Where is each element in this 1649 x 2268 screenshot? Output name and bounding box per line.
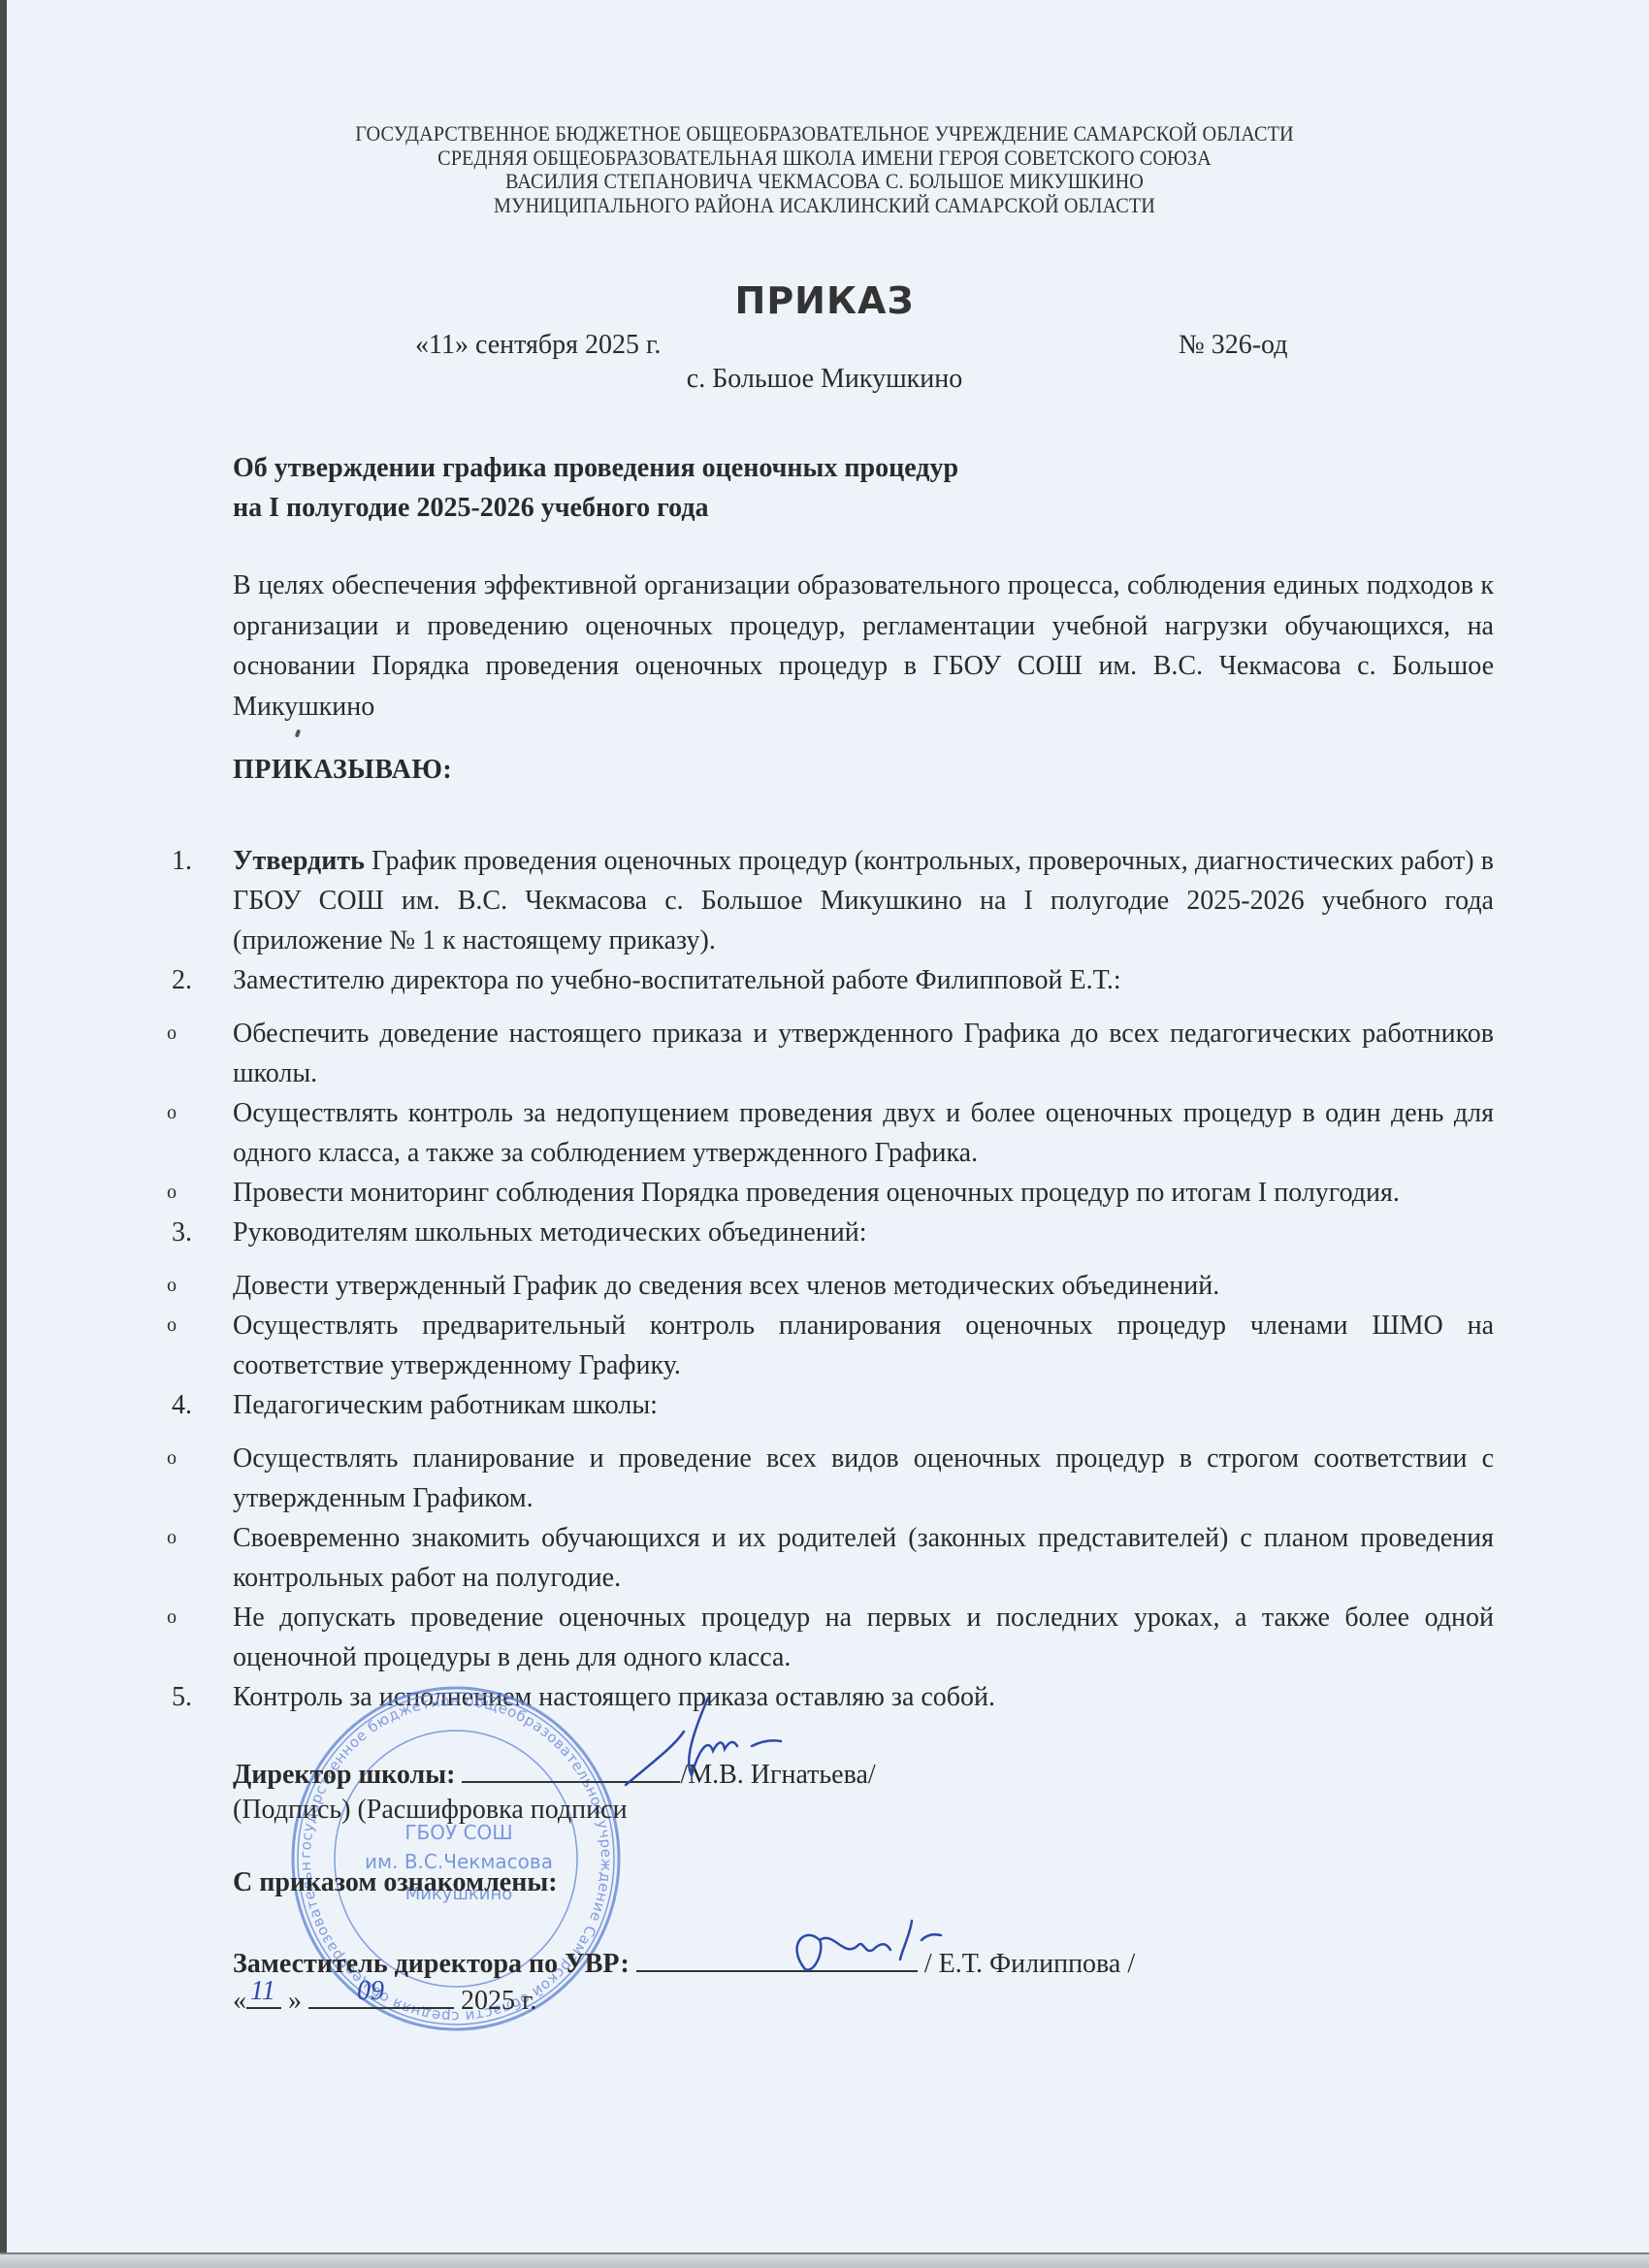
subject-line: на I полугодие 2025-2026 учебного года — [233, 488, 958, 528]
order-place: с. Большое Микушкино — [0, 364, 1649, 395]
handwritten-month: 09 — [357, 1976, 384, 2007]
sub-item-text: Не допускать проведение оценочных процед… — [233, 1603, 1494, 1672]
sub-item-text: Осуществлять контроль за недопущением пр… — [233, 1098, 1494, 1168]
header-line: МУНИЦИПАЛЬНОГО РАЙОНА ИСАКЛИНСКИЙ САМАРС… — [66, 194, 1583, 218]
bullet-circle-icon: o — [167, 1598, 177, 1637]
deputy-date-row: «11 » 09 2025 г. — [233, 1982, 536, 2017]
header-line: ГОСУДАРСТВЕННОЕ БЮДЖЕТНОЕ ОБЩЕОБРАЗОВАТЕ… — [66, 122, 1583, 146]
sub-item: oНе допускать проведение оценочных проце… — [165, 1598, 1494, 1677]
order-item-1: 1.Утвердить График проведения оценочных … — [165, 841, 1494, 960]
order-subject: Об утверждении графика проведения оценоч… — [233, 448, 958, 528]
sub-item: oОсуществлять планирование и проведение … — [165, 1439, 1494, 1518]
sub-item: oСвоевременно знакомить обучающихся и их… — [165, 1518, 1494, 1598]
bullet-circle-icon: o — [167, 1306, 177, 1345]
order-item-2: 2.Заместителю директора по учебно-воспит… — [165, 960, 1494, 1000]
deputy-label: Заместитель директора по УВР: — [233, 1949, 630, 1979]
date-quote-open: « — [233, 1986, 246, 2016]
item-text: Руководителям школьных методических объе… — [233, 1217, 866, 1247]
item-number: 2. — [172, 960, 192, 1000]
bullet-circle-icon: o — [167, 1518, 177, 1558]
header-line: СРЕДНЯЯ ОБЩЕОБРАЗОВАТЕЛЬНАЯ ШКОЛА ИМЕНИ … — [66, 146, 1583, 171]
sub-item: oОсуществлять контроль за недопущением п… — [165, 1093, 1494, 1173]
document-title: ПРИКАЗ — [0, 279, 1649, 322]
item-bold-lead: Утвердить — [233, 846, 365, 876]
item-number: 4. — [172, 1385, 192, 1425]
sub-item: oДовести утвержденный График до сведения… — [165, 1266, 1494, 1306]
bullet-circle-icon: o — [167, 1014, 177, 1053]
sub-item: oОбеспечить доведение настоящего приказа… — [165, 1014, 1494, 1093]
acquainted-label: С приказом ознакомлены: — [233, 1867, 558, 1898]
order-date: «11» сентября 2025 г. — [415, 330, 661, 361]
institution-header: ГОСУДАРСТВЕННОЕ БЮДЖЕТНОЕ ОБЩЕОБРАЗОВАТЕ… — [66, 122, 1583, 217]
sub-item-text: Провести мониторинг соблюдения Порядка п… — [233, 1178, 1400, 1208]
bullet-circle-icon: o — [167, 1439, 177, 1478]
preamble-paragraph: В целях обеспечения эффективной организа… — [233, 566, 1494, 727]
deputy-signature-icon — [776, 1906, 970, 1984]
sub-item-text: Обеспечить доведение настоящего приказа … — [233, 1019, 1494, 1088]
sub-item-text: Осуществлять предварительный контроль пл… — [233, 1311, 1494, 1380]
item-text: Педагогическим работникам школы: — [233, 1390, 658, 1420]
official-stamp-icon: государственное бюджетное общеобразовате… — [289, 1684, 624, 2033]
sub-item-text: Осуществлять планирование и проведение в… — [233, 1443, 1494, 1513]
document-page: ГОСУДАРСТВЕННОЕ БЮДЖЕТНОЕ ОБЩЕОБРАЗОВАТЕ… — [0, 0, 1649, 2268]
deputy-date-year: 2025 г. — [461, 1986, 536, 2016]
sub-item: oОсуществлять предварительный контроль п… — [165, 1306, 1494, 1385]
handwritten-day: 11 — [250, 1976, 275, 2007]
scan-speck — [295, 729, 301, 738]
bullet-circle-icon: o — [167, 1266, 177, 1306]
bullet-circle-icon: o — [167, 1093, 177, 1133]
order-number: № 326-од — [1179, 330, 1287, 361]
director-label: Директор школы: — [233, 1760, 455, 1790]
subject-line: Об утверждении графика проведения оценоч… — [233, 448, 958, 488]
item-number: 5. — [172, 1677, 192, 1717]
sub-item: oПровести мониторинг соблюдения Порядка … — [165, 1173, 1494, 1213]
day-line: 11 — [246, 1982, 281, 2009]
order-item-3: 3.Руководителям школьных методических об… — [165, 1213, 1494, 1252]
director-signature-icon — [616, 1693, 810, 1790]
sub-item-text: Своевременно знакомить обучающихся и их … — [233, 1523, 1494, 1593]
item-text: Заместителю директора по учебно-воспитат… — [233, 965, 1121, 995]
sub-item-text: Довести утвержденный График до сведения … — [233, 1271, 1219, 1301]
bullet-circle-icon: o — [167, 1173, 177, 1213]
director-caption: (Подпись) (Расшифровка подписи — [233, 1795, 628, 1826]
header-line: ВАСИЛИЯ СТЕПАНОВИЧА ЧЕКМАСОВА С. БОЛЬШОЕ… — [66, 170, 1583, 194]
order-item-4: 4.Педагогическим работникам школы: — [165, 1385, 1494, 1425]
deputy-signature-row: Заместитель директора по УВР: / Е.Т. Фил… — [233, 1945, 1135, 1980]
order-word: ПРИКАЗЫВАЮ: — [233, 755, 452, 786]
item-text: График проведения оценочных процедур (ко… — [233, 846, 1494, 956]
item-number: 3. — [172, 1213, 192, 1252]
item-number: 1. — [172, 841, 192, 881]
order-items: 1.Утвердить График проведения оценочных … — [165, 841, 1494, 1717]
date-quote-close: » — [288, 1986, 302, 2016]
month-line: 09 — [308, 1982, 454, 2009]
